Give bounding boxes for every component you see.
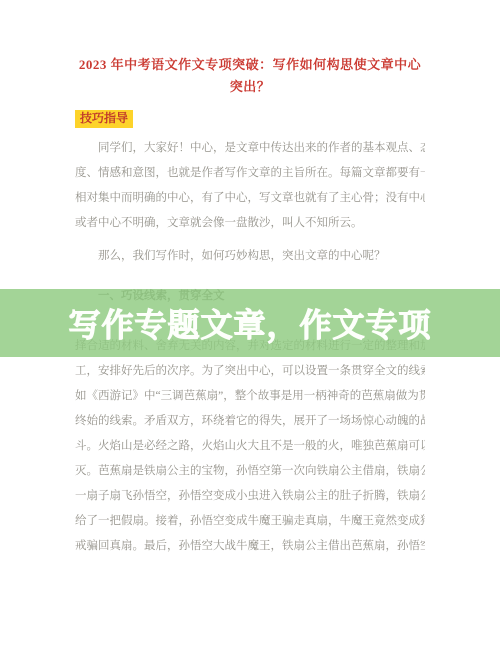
text-line: 斗。火焰山是必经之路，火焰山火大且不是一般的火，唯独芭蕉扇可以扇 [75,434,425,459]
tips-guide-label: 技巧指导 [75,110,133,128]
page-title: 2023 年中考语文作文专项突破：写作如何构思使文章中心突出？ [75,54,425,98]
promo-banner-overlay: 写作专题文章，作文专项 [0,289,500,357]
banner-text: 写作专题文章，作文专项 [68,300,431,346]
text-line: 那么，我们写作时，如何巧妙构思，突出文章的中心呢？ [75,244,425,269]
document-page: 2023 年中考语文作文专项突破：写作如何构思使文章中心突出？ 技巧指导 同学们… [0,0,500,647]
paragraph: 那么，我们写作时，如何巧妙构思，突出文章的中心呢？ [75,244,425,269]
text-line: 同学们，大家好！中心，是文章中传达出来的作者的基本观点、态 [75,136,425,161]
text-line: 如《西游记》中“三调芭蕉扇”，整个故事是用一柄神奇的芭蕉扇做为贯穿 [75,384,425,409]
text-line: 终始的线索。矛盾双方，环绕着它的得失，展开了一场场惊心动魄的战 [75,409,425,434]
text-line: 度、情感和意图，也就是作者写作文章的主旨所在。每篇文章都要有一个 [75,161,425,186]
text-line: 给了一把假扇。接着，孙悟空变成牛魔王骗走真扇，牛魔王竟然变成猪八 [75,509,425,534]
text-line: 工，安排好先后的次序。为了突出中心，可以设置一条贯穿全文的线索，例 [75,359,425,384]
text-line: 戒骗回真扇。最后，孙悟空大战牛魔王，铁扇公主借出芭蕉扇，孙悟空扇 [75,534,425,559]
text-line: 或者中心不明确，文章就会像一盘散沙，叫人不知所云。 [75,211,425,236]
paragraph: 同学们，大家好！中心，是文章中传达出来的作者的基本观点、态 度、情感和意图，也就… [75,136,425,236]
text-line: 相对集中而明确的中心，有了中心，写文章也就有了主心骨；没有中心， [75,186,425,211]
text-line: 一扇子扇飞孙悟空，孙悟空变成小虫进入铁扇公主的肚子折腾，铁扇公主 [75,484,425,509]
text-line: 灭。芭蕉扇是铁扇公主的宝物，孙悟空第一次向铁扇公主借扇，铁扇公主 [75,459,425,484]
